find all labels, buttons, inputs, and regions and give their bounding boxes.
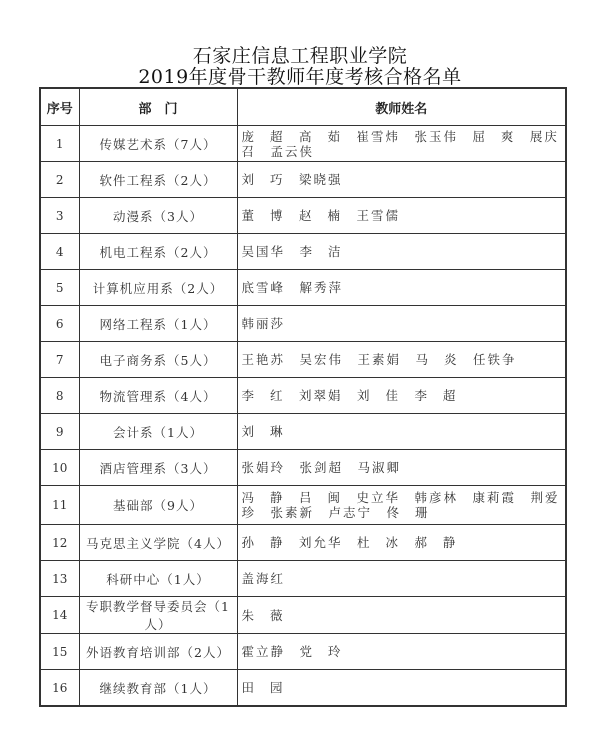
- row-number: 2: [40, 162, 79, 198]
- row-number: 6: [40, 306, 79, 342]
- row-number: 14: [40, 597, 79, 634]
- table-row: 6网络工程系（1人）韩丽莎: [40, 306, 566, 342]
- department-name: 马克思主义学院（4人）: [79, 525, 237, 561]
- department-name: 科研中心（1人）: [79, 561, 237, 597]
- teacher-names: 孙 静 刘允华 杜 冰 郝 静: [237, 525, 566, 561]
- table-row: 3动漫系（3人）董 博 赵 楠 王雪儒: [40, 198, 566, 234]
- row-number: 10: [40, 450, 79, 486]
- column-header-department: 部 门: [79, 88, 237, 126]
- table-row: 15外语教育培训部（2人）霍立静 党 玲: [40, 634, 566, 670]
- table-row: 4机电工程系（2人）吴国华 李 洁: [40, 234, 566, 270]
- row-number: 15: [40, 634, 79, 670]
- teacher-names: 霍立静 党 玲: [237, 634, 566, 670]
- table-row: 10酒店管理系（3人）张娟玲 张剑超 马淑卿: [40, 450, 566, 486]
- row-number: 11: [40, 486, 79, 525]
- document-title-list: 2019年度骨干教师年度考核合格名单: [0, 62, 600, 89]
- teacher-names: 王艳苏 吴宏伟 王素娟 马 炎 任铁争: [237, 342, 566, 378]
- teacher-names: 冯 静 吕 闽 史立华 韩彦林 康莉霞 荆爱珍 张素新 卢志宁 佟 珊: [237, 486, 566, 525]
- row-number: 12: [40, 525, 79, 561]
- row-number: 8: [40, 378, 79, 414]
- teacher-names: 董 博 赵 楠 王雪儒: [237, 198, 566, 234]
- column-header-number: 序号: [40, 88, 79, 126]
- row-number: 4: [40, 234, 79, 270]
- table-row: 13科研中心（1人）盖海红: [40, 561, 566, 597]
- department-name: 继续教育部（1人）: [79, 670, 237, 707]
- table-row: 9会计系（1人）刘 琳: [40, 414, 566, 450]
- qualified-teachers-table: 序号 部 门 教师姓名 1传媒艺术系（7人）庞 超 高 茹 崔雪炜 张玉伟 屈 …: [39, 87, 567, 707]
- department-name: 传媒艺术系（7人）: [79, 126, 237, 162]
- row-number: 16: [40, 670, 79, 707]
- table-row: 8物流管理系（4人）李 红 刘翠娟 刘 佳 李 超: [40, 378, 566, 414]
- table-row: 7电子商务系（5人）王艳苏 吴宏伟 王素娟 马 炎 任铁争: [40, 342, 566, 378]
- teacher-names: 张娟玲 张剑超 马淑卿: [237, 450, 566, 486]
- teacher-names: 刘 巧 梁晓强: [237, 162, 566, 198]
- department-name: 软件工程系（2人）: [79, 162, 237, 198]
- department-name: 电子商务系（5人）: [79, 342, 237, 378]
- teacher-names: 韩丽莎: [237, 306, 566, 342]
- table-row: 11基础部（9人）冯 静 吕 闽 史立华 韩彦林 康莉霞 荆爱珍 张素新 卢志宁…: [40, 486, 566, 525]
- teacher-names: 底雪峰 解秀萍: [237, 270, 566, 306]
- department-name: 外语教育培训部（2人）: [79, 634, 237, 670]
- department-name: 机电工程系（2人）: [79, 234, 237, 270]
- row-number: 7: [40, 342, 79, 378]
- row-number: 3: [40, 198, 79, 234]
- department-name: 会计系（1人）: [79, 414, 237, 450]
- department-name: 酒店管理系（3人）: [79, 450, 237, 486]
- table-row: 2软件工程系（2人）刘 巧 梁晓强: [40, 162, 566, 198]
- department-name: 物流管理系（4人）: [79, 378, 237, 414]
- row-number: 5: [40, 270, 79, 306]
- row-number: 13: [40, 561, 79, 597]
- column-header-teacher-names: 教师姓名: [237, 88, 566, 126]
- table-row: 12马克思主义学院（4人）孙 静 刘允华 杜 冰 郝 静: [40, 525, 566, 561]
- table-row: 14专职教学督导委员会（1人）朱 薇: [40, 597, 566, 634]
- teacher-names: 吴国华 李 洁: [237, 234, 566, 270]
- department-name: 动漫系（3人）: [79, 198, 237, 234]
- teacher-names: 李 红 刘翠娟 刘 佳 李 超: [237, 378, 566, 414]
- table-header-row: 序号 部 门 教师姓名: [40, 88, 566, 126]
- department-name: 网络工程系（1人）: [79, 306, 237, 342]
- teacher-names: 田 园: [237, 670, 566, 707]
- teacher-names: 庞 超 高 茹 崔雪炜 张玉伟 屈 爽 展庆召 孟云侠: [237, 126, 566, 162]
- teacher-names: 朱 薇: [237, 597, 566, 634]
- teacher-names: 刘 琳: [237, 414, 566, 450]
- table-row: 5计算机应用系（2人）底雪峰 解秀萍: [40, 270, 566, 306]
- teacher-names: 盖海红: [237, 561, 566, 597]
- row-number: 1: [40, 126, 79, 162]
- department-name: 基础部（9人）: [79, 486, 237, 525]
- row-number: 9: [40, 414, 79, 450]
- table-row: 16继续教育部（1人）田 园: [40, 670, 566, 707]
- department-name: 计算机应用系（2人）: [79, 270, 237, 306]
- table-row: 1传媒艺术系（7人）庞 超 高 茹 崔雪炜 张玉伟 屈 爽 展庆召 孟云侠: [40, 126, 566, 162]
- department-name: 专职教学督导委员会（1人）: [79, 597, 237, 634]
